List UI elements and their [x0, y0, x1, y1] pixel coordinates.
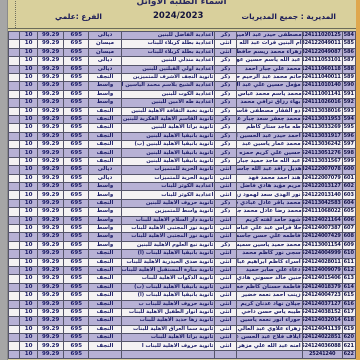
subjects-count-cell: 10 [20, 334, 37, 342]
results-table: 584 2124111020125 مصطفى حيدر عبد الامير … [8, 31, 356, 359]
average-cell: 99.29 [37, 199, 64, 207]
page-header: اسماء الطلبة الاوائل المديرية : جميع الم… [7, 0, 356, 29]
exam-number-cell: 2824122049087 [302, 48, 342, 56]
serial-number-cell: 587 [342, 57, 355, 65]
gender-cell: انثى [215, 275, 237, 283]
table-row: 605 2624111068022 محمد رضا عادل محمد جان… [9, 208, 356, 216]
average-cell: 99.29 [37, 149, 64, 157]
average-cell: 99.29 [37, 224, 64, 232]
governorate-cell: ديالى [89, 166, 122, 174]
serial-number-cell: 599 [342, 157, 355, 165]
gender-cell: ذكر [215, 65, 237, 73]
exam-number-cell: 2324122007079 [302, 174, 342, 182]
table-row: 596 2524113031917 احمد حيدر عبد الحسين ا… [9, 132, 356, 140]
empty-cell [9, 250, 20, 258]
serial-number-cell: 621 [342, 342, 355, 350]
serial-number-cell: 611 [342, 258, 355, 266]
empty-cell [9, 183, 20, 191]
exam-number-cell: 2824122049011 [302, 40, 342, 48]
average-cell: 99.29 [37, 334, 64, 342]
serial-number-cell: 605 [342, 208, 355, 216]
subjects-count-cell: 10 [20, 40, 37, 48]
average-cell: 99.29 [37, 275, 64, 283]
school-cell: ثانوية بانيقيا الاهلية للبنات (ب) [121, 283, 214, 291]
student-name-cell: حاتم محمد عبد الرحيم حاتم [236, 73, 302, 81]
serial-number-cell: 600 [342, 166, 355, 174]
average-cell: 99.29 [37, 241, 64, 249]
average-cell: 99.29 [37, 40, 64, 48]
total-score-cell: 695 [64, 132, 89, 140]
serial-number-cell: 622 [342, 350, 355, 358]
average-cell: 99.29 [37, 32, 64, 40]
gender-cell: ذكر [215, 132, 237, 140]
empty-cell [9, 208, 20, 216]
gender-cell: انثى [215, 300, 237, 308]
student-name-cell: محمد عمار ياسين عبد [236, 141, 302, 149]
empty-cell [9, 174, 20, 182]
total-score-cell: 695 [64, 325, 89, 333]
subjects-count-cell: 10 [20, 292, 37, 300]
empty-cell [9, 342, 20, 350]
total-score-cell: 695 [64, 317, 89, 325]
empty-cell [9, 166, 20, 174]
directorate-label: المديرية : جميع المديريات [242, 12, 336, 21]
average-cell: 99.29 [37, 283, 64, 291]
gender-cell: انثى [215, 216, 237, 224]
gender-cell: ذكر [215, 141, 237, 149]
school-cell: ثانوية الحرية للمتميزات [121, 174, 214, 182]
serial-number-cell: 588 [342, 65, 355, 73]
gender-cell: انثى [215, 292, 237, 300]
student-name-cell: عبد الله ياسم حسين عويد [236, 57, 302, 65]
governorate-cell: النجف [89, 300, 122, 308]
gender-cell: ذكر [215, 241, 237, 249]
table-row: 622 25241240 695 99.29 10 [9, 350, 356, 358]
total-score-cell: 695 [64, 174, 89, 182]
subjects-count-cell: 10 [20, 183, 37, 191]
school-cell: ثانوية براثا الاهلية للبنات [121, 334, 214, 342]
total-score-cell: 695 [64, 342, 89, 350]
governorate-cell: النجف [89, 334, 122, 342]
exam-number-cell: 2524113051276 [302, 149, 342, 157]
table-row: 614 2524124018379 فاطمة حسنان كاظم خضير … [9, 283, 356, 291]
subjects-count-cell: 10 [20, 308, 37, 316]
subjects-count-cell: 10 [20, 32, 37, 40]
student-name-cell: محمد باقر عادل عبادي قلقل [236, 199, 302, 207]
empty-cell [9, 32, 20, 40]
governorate-cell: واسط [89, 82, 122, 90]
table-row: 597 2524113036242 محمد عمار ياسين عبد ذك… [9, 141, 356, 149]
empty-cell [9, 40, 20, 48]
empty-cell [9, 149, 20, 157]
table-row: 621 2524124036088 امنه عبد الله علي مزهر… [9, 342, 356, 350]
empty-cell [9, 300, 20, 308]
total-score-cell: 695 [64, 208, 89, 216]
school-cell: ثانوية انوار الطفيل الاهلية للبنات [121, 308, 214, 316]
student-name-cell: حلا فراس عبد علي عباس [236, 224, 302, 232]
gender-cell: انثى [215, 325, 237, 333]
empty-cell [9, 48, 20, 56]
student-name-cell: بهاء رزاق ترافي محمد [236, 99, 302, 107]
exam-number-cell: 2624111001141 [302, 90, 342, 98]
student-name-cell: مريم مؤيد هادي فاضل [236, 183, 302, 191]
table-row: 615 2524124004723 زينب احمد نعمه خضير ان… [9, 292, 356, 300]
school-cell: ثانوية زها حديد الاهلية للبنات [121, 317, 214, 325]
average-cell: 99.29 [37, 124, 64, 132]
serial-number-cell: 613 [342, 275, 355, 283]
serial-number-cell: 617 [342, 308, 355, 316]
exam-number-cell: 2524111040011 [302, 73, 342, 81]
average-cell: 99.29 [37, 57, 64, 65]
empty-cell [9, 199, 20, 207]
table-row: 616 2524124037127 جيلان نهاد عدنان كريم … [9, 300, 356, 308]
table-row: 606 2624124021164 شهد حامد لفته كريم انث… [9, 216, 356, 224]
gender-cell: انثى [215, 224, 237, 232]
table-row: 603 2624122013140 نور الهدى سعد لهمود زو… [9, 191, 356, 199]
average-cell: 99.29 [37, 325, 64, 333]
average-cell: 99.29 [37, 216, 64, 224]
table-row: 593 2524113038016 ذو الفقار مصطفى قاسم م… [9, 107, 356, 115]
governorate-cell: النجف [89, 115, 122, 123]
average-cell: 99.29 [37, 65, 64, 73]
exam-number-cell: 2524124036088 [302, 342, 342, 350]
total-score-cell: 695 [64, 115, 89, 123]
governorate-cell: واسط [89, 191, 122, 199]
exam-number-cell: 2524113031953 [302, 115, 342, 123]
subjects-count-cell: 10 [20, 90, 37, 98]
gender-cell: انثى [215, 233, 237, 241]
subjects-count-cell: 10 [20, 166, 37, 174]
table-row: 602 2624122013127 مريم مؤيد هادي فاضل ان… [9, 183, 356, 191]
subjects-count-cell: 10 [20, 250, 37, 258]
governorate-cell: ديالى [89, 32, 122, 40]
gender-cell: انثى [215, 174, 237, 182]
average-cell: 99.29 [37, 141, 64, 149]
subjects-count-cell: 10 [20, 57, 37, 65]
average-cell: 99.29 [37, 233, 64, 241]
average-cell: 99.29 [37, 48, 64, 56]
exam-number-cell: 2524113036242 [302, 141, 342, 149]
exam-number-cell: 2624111010140 [302, 82, 342, 90]
table-row: 585 2824122049011 ام البنين فرات عبد الل… [9, 40, 356, 48]
results-page: اسماء الطلبة الاوائل المديرية : جميع الم… [0, 0, 360, 360]
empty-cell [9, 124, 20, 132]
empty-cell [9, 325, 20, 333]
average-cell: 99.29 [37, 90, 64, 98]
governorate-cell: واسط [89, 233, 122, 241]
total-score-cell: 695 [64, 157, 89, 165]
school-cell: ثانوية براثا الاهلية للبنين [121, 124, 214, 132]
subjects-count-cell: 10 [20, 174, 37, 182]
exam-number-cell: 2624111026016 [302, 99, 342, 107]
student-name-cell: زهراء محمد ريسم حافظ [236, 48, 302, 56]
school-cell: ثانوية نور المجتبى الاهلية للبنات [121, 224, 214, 232]
exam-number-cell: 2124111020125 [302, 32, 342, 40]
student-name-cell: شهد حامد لفته كريم [236, 216, 302, 224]
exam-number-cell: 2524124015406 [302, 275, 342, 283]
gender-cell: انثى [215, 308, 237, 316]
school-cell: ثانوية النجف الاشرف للمتميزين [121, 73, 214, 81]
subjects-count-cell: 10 [20, 241, 37, 249]
governorate-cell: ديالى [89, 174, 122, 182]
average-cell: 99.29 [37, 99, 64, 107]
gender-cell: ذكر [215, 149, 237, 157]
subjects-count-cell: 10 [20, 350, 37, 358]
school-cell: ثانوية نخبة الثقافة الاهلية للبنين [121, 107, 214, 115]
total-score-cell: 695 [64, 40, 89, 48]
school-cell: اعدادية الفاضل للبنين [121, 32, 214, 40]
student-name-cell: طيبه ياس حسن داخي [236, 308, 302, 316]
governorate-cell: النجف [89, 250, 122, 258]
student-name-cell: مؤمل حسين علي عبد الحسين [236, 82, 302, 90]
serial-number-cell: 612 [342, 266, 355, 274]
total-score-cell: 695 [64, 350, 89, 358]
school-cell: ثانوية منارة المستقبل الاهلية للبنات [121, 266, 214, 274]
subjects-count-cell: 10 [20, 208, 37, 216]
exam-number-cell: 2524124022851 [302, 334, 342, 342]
serial-number-cell: 595 [342, 124, 355, 132]
total-score-cell: 695 [64, 292, 89, 300]
school-cell [121, 350, 214, 358]
student-name-cell: محمد حميد ياسين سميسم [236, 241, 302, 249]
school-cell: اعدادية الكوثر للبنات [121, 183, 214, 191]
governorate-cell: النجف [89, 283, 122, 291]
results-table-body: 584 2124111020125 مصطفى حيدر عبد الامير … [9, 32, 356, 359]
governorate-cell: النجف [89, 325, 122, 333]
school-cell: ثانوية بانيقيا الاهلية للبنين (ب) [121, 141, 214, 149]
table-row: 618 2524124032014 حوراء انور نعمه ياسين … [9, 317, 356, 325]
total-score-cell: 695 [64, 216, 89, 224]
empty-cell [9, 317, 20, 325]
average-cell: 99.29 [37, 115, 64, 123]
exam-number-cell: 2524113031567 [302, 157, 342, 165]
serial-number-cell: 602 [342, 183, 355, 191]
governorate-cell: واسط [89, 183, 122, 191]
table-row: 590 2624111010140 مؤمل حسين علي عبد الحس… [9, 82, 356, 90]
student-name-cell: حسين علي كريم حمزه [236, 149, 302, 157]
governorate-cell: النجف [89, 73, 122, 81]
subjects-count-cell: 10 [20, 115, 37, 123]
table-row: 592 2624111026016 بهاء رزاق ترافي محمد ذ… [9, 99, 356, 107]
serial-number-cell: 589 [342, 73, 355, 81]
table-row: 595 2524113033269 طه ماجد ستار كاظم ذكر … [9, 124, 356, 132]
student-name-cell: احمد حيدر عبد الحسين اسد [236, 132, 302, 140]
subjects-count-cell: 10 [20, 73, 37, 81]
average-cell: 99.29 [37, 350, 64, 358]
student-name-cell: فاطمة حسنان كاظم خضير [236, 283, 302, 291]
average-cell: 99.29 [37, 183, 64, 191]
governorate-cell: النجف [89, 292, 122, 300]
total-score-cell: 695 [64, 275, 89, 283]
average-cell: 99.29 [37, 107, 64, 115]
subjects-count-cell: 10 [20, 191, 37, 199]
exam-number-cell: 2124111053101 [302, 57, 342, 65]
table-row: 586 2824122049087 زهراء محمد ريسم حافظ ا… [9, 48, 356, 56]
school-cell: ثانوية الحرية للمتميزات [121, 166, 214, 174]
serial-number-cell: 593 [342, 107, 355, 115]
table-row: 609 2624113001154 محمد حميد ياسين سميسم … [9, 241, 356, 249]
empty-cell [9, 266, 20, 274]
exam-number-cell: 2524124038152 [302, 308, 342, 316]
empty-cell [9, 334, 20, 342]
governorate-cell: النجف [89, 132, 122, 140]
serial-number-cell: 620 [342, 334, 355, 342]
governorate-cell: واسط [89, 90, 122, 98]
serial-number-cell: 591 [342, 90, 355, 98]
gender-cell: انثى [215, 283, 237, 291]
student-name-cell: هند احمد محمد فهد [236, 174, 302, 182]
school-cell: ثانوية سما العراق الاهلية للبنات [121, 325, 214, 333]
table-row: 600 2324122007078 هديل رافد عبد الله جاس… [9, 166, 356, 174]
empty-cell [9, 99, 20, 107]
serial-number-cell: 610 [342, 250, 355, 258]
subjects-count-cell: 10 [20, 99, 37, 107]
average-cell: 99.29 [37, 308, 64, 316]
student-name-cell: سجى نور كاظم محمد [236, 250, 302, 258]
table-row: 613 2524124015406 حنين خالد حسوني هادي ا… [9, 275, 356, 283]
total-score-cell: 695 [64, 99, 89, 107]
exam-number-cell: 2524124041139 [302, 325, 342, 333]
governorate-cell [89, 350, 122, 358]
student-name-cell: عبد الله ماجد حميد جبار [236, 157, 302, 165]
total-score-cell: 695 [64, 258, 89, 266]
table-row: 598 2524113051276 حسين علي كريم حمزه ذكر… [9, 149, 356, 157]
school-year-label: 2024/2023 [153, 11, 203, 21]
governorate-cell: النجف [89, 266, 122, 274]
student-name-cell: نور الهدى سعد لهمود زوين [236, 191, 302, 199]
empty-cell [9, 292, 20, 300]
empty-cell [9, 57, 20, 65]
gender-cell: انثى [215, 166, 237, 174]
school-cell: اعدادية طه الامين للبنين [121, 99, 214, 107]
exam-number-cell: 2624113001154 [302, 241, 342, 249]
average-cell: 99.29 [37, 191, 64, 199]
subjects-count-cell: 10 [20, 157, 37, 165]
school-cell: ثانوية القاسم الاهلية الفكرية للبنين [121, 115, 214, 123]
governorate-cell: واسط [89, 224, 122, 232]
governorate-cell: ديالى [89, 65, 122, 73]
school-cell: ثانوية حروف الاهلية للبنات ب [121, 300, 214, 308]
total-score-cell: 695 [64, 48, 89, 56]
student-name-cell: دعاء علي صابر حميد [236, 266, 302, 274]
exam-number-cell: 2624124007387 [302, 224, 342, 232]
student-name-cell: اسراء كاظم ابراهيم عباس [236, 258, 302, 266]
gender-cell: انثى [215, 191, 237, 199]
governorate-cell: النجف [89, 308, 122, 316]
serial-number-cell: 616 [342, 300, 355, 308]
empty-cell [9, 115, 20, 123]
school-cell: ثانوية بانيقيا الاهلية للبنات (أ) [121, 250, 214, 258]
total-score-cell: 695 [64, 166, 89, 174]
school-cell: ثانوية صدى الحيدرية الاهلية للبنات [121, 258, 214, 266]
average-cell: 99.29 [37, 208, 64, 216]
empty-cell [9, 283, 20, 291]
governorate-cell: ميسان [89, 48, 122, 56]
gender-cell: ذكر [215, 199, 237, 207]
gender-cell: ذكر [215, 73, 237, 81]
exam-number-cell: 25241240 [302, 350, 342, 358]
subjects-count-cell: 10 [20, 233, 37, 241]
gender-cell: انثى [215, 342, 237, 350]
school-cell: ثانوية نبع العلوم الاهلية للبنين [121, 241, 214, 249]
student-name-cell: زهراء علاوي عبد العالي سلمان [236, 325, 302, 333]
student-name-cell: حنين خالد حسوني هادي [236, 275, 302, 283]
table-row: 588 2124111060118 محمد علي جبار احمد ذكر… [9, 65, 356, 73]
table-row: 594 2524113031953 محمد جعفر سعد جبار عبا… [9, 115, 356, 123]
total-score-cell: 695 [64, 224, 89, 232]
subjects-count-cell: 10 [20, 266, 37, 274]
governorate-cell: واسط [89, 208, 122, 216]
exam-number-cell: 2624124007429 [302, 233, 342, 241]
student-name-cell: امنه عبد الله علي مزهر [236, 342, 302, 350]
governorate-cell: واسط [89, 99, 122, 107]
table-row: 617 2524124038152 طيبه ياس حسن داخي انثى… [9, 308, 356, 316]
school-cell: اعدادية بطلة كربلاء للبنات [121, 48, 214, 56]
total-score-cell: 695 [64, 141, 89, 149]
governorate-cell: النجف [89, 149, 122, 157]
average-cell: 99.29 [37, 82, 64, 90]
table-row: 610 2524124004999 سجى نور كاظم محمد انثى… [9, 250, 356, 258]
table-row: 608 2624124007429 فاطمه علي حسن جاسم انث… [9, 233, 356, 241]
governorate-cell: واسط [89, 241, 122, 249]
student-name-cell: جيلان نهاد عدنان كريم [236, 300, 302, 308]
average-cell: 99.29 [37, 258, 64, 266]
school-cell: اعدادية الشيخ بلاسم محمد الياسين للبنين [121, 82, 214, 90]
governorate-cell: ميسان [89, 40, 122, 48]
subjects-count-cell: 10 [20, 224, 37, 232]
school-cell: ثانوية بانيقيا الاهلية للبنات (أ) [121, 292, 214, 300]
empty-cell [9, 73, 20, 81]
empty-cell [9, 191, 20, 199]
school-cell: اعدادية الكوت للبنين [121, 90, 214, 98]
subjects-count-cell: 10 [20, 325, 37, 333]
serial-number-cell: 586 [342, 48, 355, 56]
empty-cell [9, 132, 20, 140]
exam-number-cell: 2624122013140 [302, 191, 342, 199]
governorate-cell: ديالى [89, 57, 122, 65]
gender-cell: ذكر [215, 157, 237, 165]
subjects-count-cell: 10 [20, 275, 37, 283]
subjects-count-cell: 10 [20, 199, 37, 207]
total-score-cell: 695 [64, 149, 89, 157]
serial-number-cell: 607 [342, 224, 355, 232]
subjects-count-cell: 10 [20, 124, 37, 132]
average-cell: 99.29 [37, 73, 64, 81]
student-name-cell: طه ماجد ستار كاظم [236, 124, 302, 132]
total-score-cell: 695 [64, 300, 89, 308]
exam-number-cell: 2624122013127 [302, 183, 342, 191]
serial-number-cell: 601 [342, 174, 355, 182]
table-row: 584 2124111020125 مصطفى حيدر عبد الامير … [9, 32, 356, 40]
student-name-cell [236, 350, 302, 358]
governorate-cell: النجف [89, 258, 122, 266]
gender-cell: ذكر [215, 124, 237, 132]
table-row: 589 2524111040011 حاتم محمد عبد الرحيم ح… [9, 73, 356, 81]
average-cell: 99.29 [37, 157, 64, 165]
total-score-cell: 695 [64, 124, 89, 132]
exam-number-cell: 2524124004999 [302, 250, 342, 258]
student-name-cell: محمد جعفر سعد جبار عباس [236, 115, 302, 123]
school-cell: ثانوية بانيقيا الاهلية للبنين [121, 132, 214, 140]
serial-number-cell: 619 [342, 325, 355, 333]
average-cell: 99.29 [37, 166, 64, 174]
exam-number-cell: 2524124028011 [302, 258, 342, 266]
total-score-cell: 695 [64, 183, 89, 191]
branch-label: الفرع :علمي [55, 12, 102, 21]
student-name-cell: حوراء انور نعمه ياسين [236, 317, 302, 325]
page-left-edge [0, 0, 8, 360]
school-cell: اعدادية اولي القبلتين للبنين [121, 65, 214, 73]
